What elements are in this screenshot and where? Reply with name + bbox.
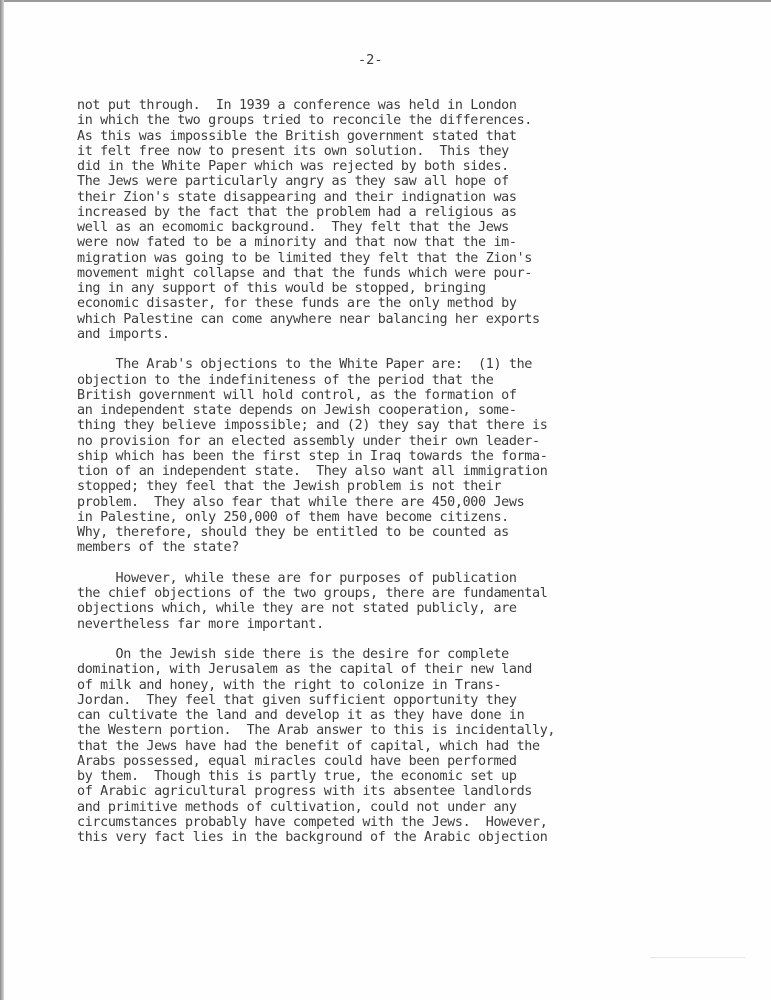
scan-artifact-line (650, 957, 745, 958)
text-line: well as an ecomomic background. They fel… (77, 220, 677, 235)
scan-left-edge (0, 0, 4, 1000)
text-line: ship which has been the first step in Ir… (77, 449, 677, 464)
text-line: On the Jewish side there is the desire f… (77, 647, 677, 662)
text-line: their Zion's state disappearing and thei… (77, 190, 677, 205)
text-line: of milk and honey, with the right to col… (77, 678, 677, 693)
text-line: However, while these are for purposes of… (77, 571, 677, 586)
text-line: Why, therefore, should they be entitled … (77, 525, 677, 540)
text-line: it felt free now to present its own solu… (77, 144, 677, 159)
text-line: The Arab's objections to the White Paper… (77, 357, 677, 372)
text-line: and primitive methods of cultivation, co… (77, 800, 677, 815)
text-line: The Jews were particularly angry as they… (77, 174, 677, 189)
paragraph-2: The Arab's objections to the White Paper… (77, 357, 677, 555)
text-line: objections which, while they are not sta… (77, 601, 677, 616)
text-line: which Palestine can come anywhere near b… (77, 312, 677, 327)
text-line: migration was going to be limited they f… (77, 251, 677, 266)
text-line: Jordan. They feel that given sufficient … (77, 693, 677, 708)
text-line: members of the state? (77, 540, 677, 555)
text-line: did in the White Paper which was rejecte… (77, 159, 677, 174)
text-line: circumstances probably have competed wit… (77, 815, 677, 830)
text-line: the Western portion. The Arab answer to … (77, 723, 677, 738)
typewritten-page: -2- not put through. In 1939 a conferenc… (0, 0, 771, 1000)
text-line: this very fact lies in the background of… (77, 830, 677, 845)
text-line: As this was impossible the British gover… (77, 129, 677, 144)
text-line: objection to the indefiniteness of the p… (77, 373, 677, 388)
text-line: not put through. In 1939 a conference wa… (77, 98, 677, 113)
text-line: the chief objections of the two groups, … (77, 586, 677, 601)
text-line: that the Jews have had the benefit of ca… (77, 739, 677, 754)
text-line: no provision for an elected assembly und… (77, 434, 677, 449)
text-line: nevertheless far more important. (77, 617, 677, 632)
text-line: of Arabic agricultural progress with its… (77, 784, 677, 799)
text-line: were now fated to be a minority and that… (77, 235, 677, 250)
text-line: by them. Though this is partly true, the… (77, 769, 677, 784)
paragraph-4: On the Jewish side there is the desire f… (77, 647, 677, 845)
text-line: in Palestine, only 250,000 of them have … (77, 510, 677, 525)
text-line: increased by the fact that the problem h… (77, 205, 677, 220)
text-line: economic disaster, for these funds are t… (77, 296, 677, 311)
text-line: stopped; they feel that the Jewish probl… (77, 479, 677, 494)
text-line: an independent state depends on Jewish c… (77, 403, 677, 418)
text-line: in which the two groups tried to reconci… (77, 113, 677, 128)
text-line: movement might collapse and that the fun… (77, 266, 677, 281)
paragraph-3: However, while these are for purposes of… (77, 571, 677, 632)
text-line: and imports. (77, 327, 677, 342)
text-line: problem. They also fear that while there… (77, 495, 677, 510)
text-line: Arabs possessed, equal miracles could ha… (77, 754, 677, 769)
text-line: thing they believe impossible; and (2) t… (77, 418, 677, 433)
text-line: can cultivate the land and develop it as… (77, 708, 677, 723)
text-line: British government will hold control, as… (77, 388, 677, 403)
document-body: not put through. In 1939 a conference wa… (77, 98, 677, 861)
paragraph-1: not put through. In 1939 a conference wa… (77, 98, 677, 342)
text-line: tion of an independent state. They also … (77, 464, 677, 479)
scan-top-edge (0, 0, 771, 2)
page-number: -2- (358, 52, 383, 68)
text-line: domination, with Jerusalem as the capita… (77, 662, 677, 677)
text-line: ing in any support of this would be stop… (77, 281, 677, 296)
